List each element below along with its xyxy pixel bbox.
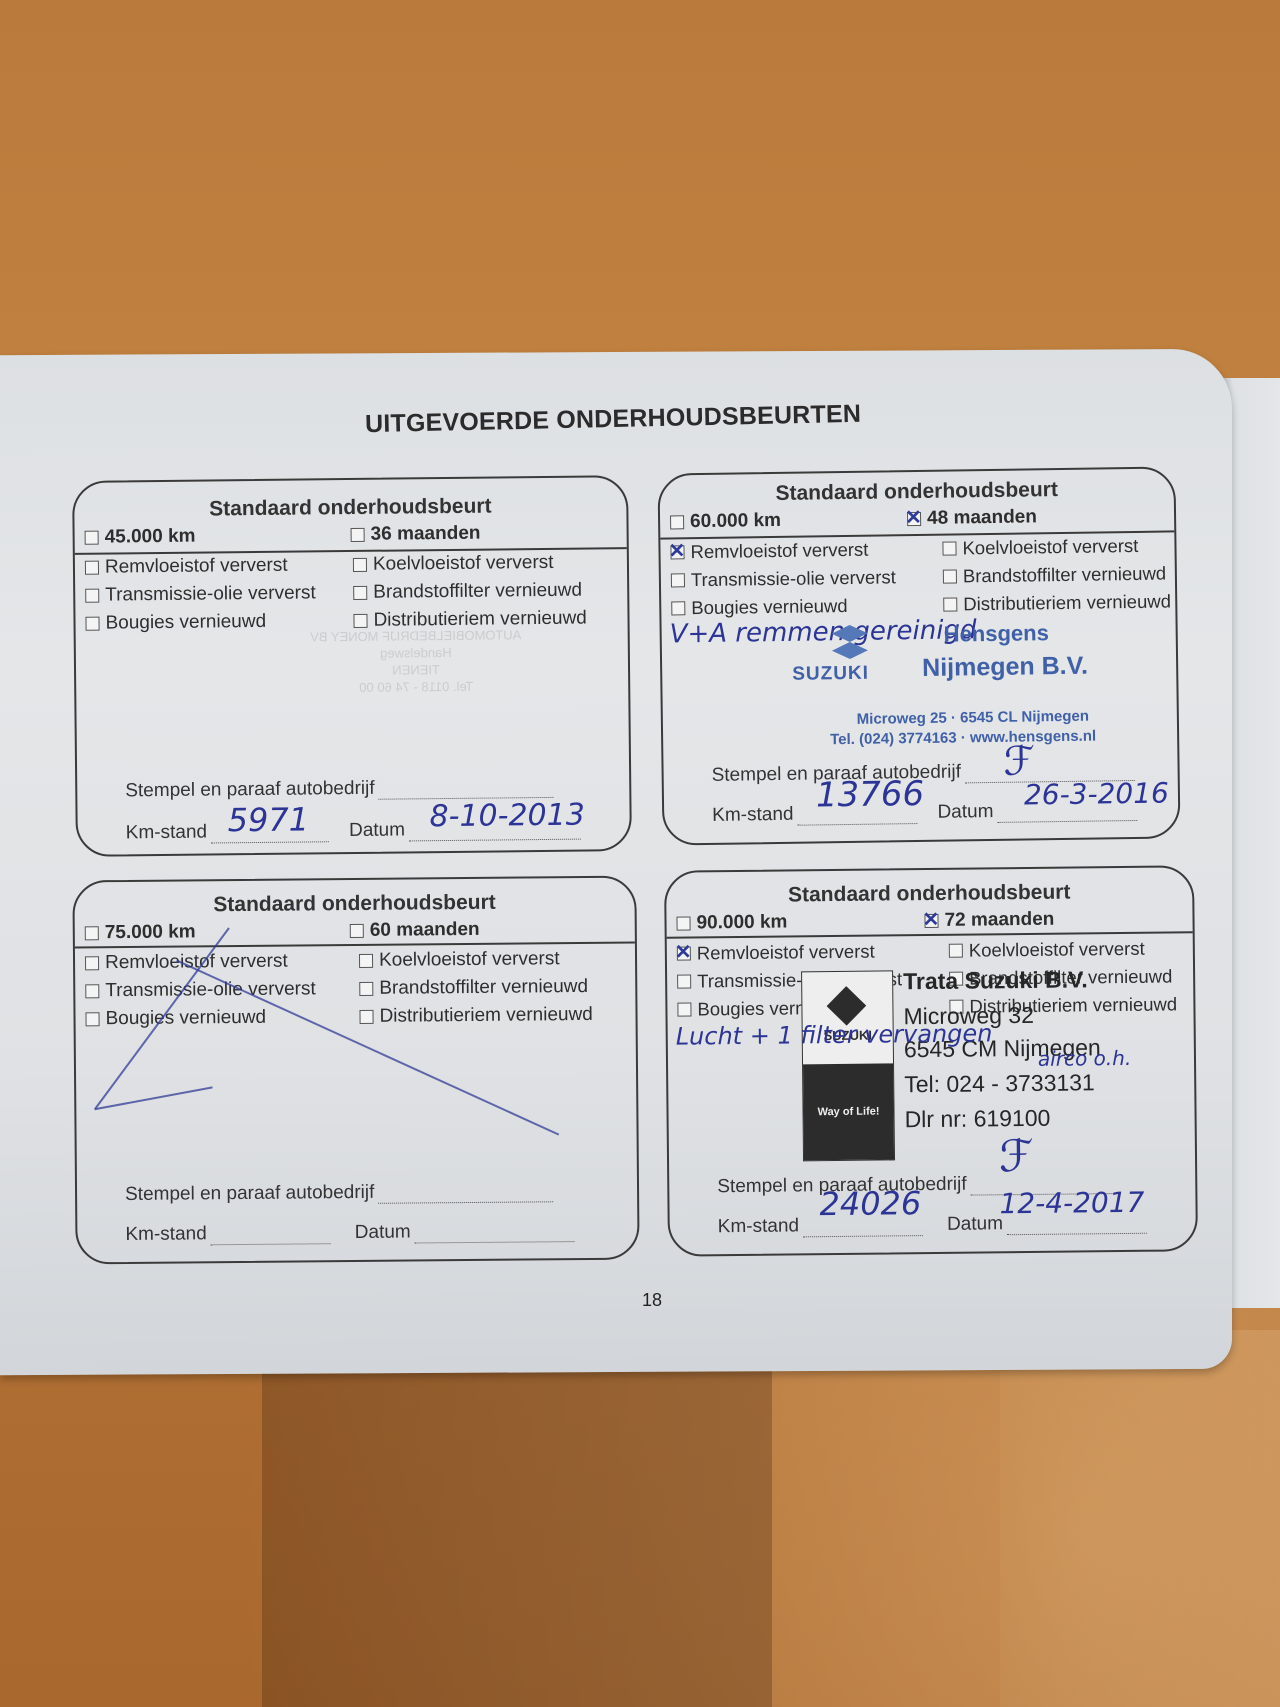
task-item: Koelvloeistof ververst <box>949 937 1187 961</box>
handwritten-note-2: airco o.h. <box>1038 1046 1132 1071</box>
task-checkbox[interactable] <box>677 975 691 989</box>
task-checkbox[interactable] <box>85 589 99 603</box>
km-interval-label: 60.000 km <box>690 510 781 533</box>
task-label: Koelvloeistof ververst <box>379 948 560 972</box>
month-interval-checkbox[interactable] <box>351 528 365 542</box>
task-checkbox[interactable] <box>943 569 957 583</box>
task-checkbox[interactable] <box>359 982 373 996</box>
handwritten-note: Lucht + 1 filter vervangen <box>676 1019 993 1050</box>
task-label: Brandstoffilter vernieuwd <box>379 976 588 1000</box>
km-value: 5971 <box>227 800 309 839</box>
task-checkbox[interactable] <box>85 617 99 631</box>
task-list: Remvloeistof ververstKoelvloeistof verve… <box>85 551 622 635</box>
task-label: Bougies vernieuwd <box>105 1007 266 1030</box>
table-shadow <box>262 1370 772 1707</box>
task-checkbox[interactable] <box>353 558 367 572</box>
km-value: 24026 <box>819 1184 921 1223</box>
task-item: Brandstoffilter vernieuwd <box>943 562 1171 587</box>
task-item: Transmissie-olie ververst <box>85 582 353 607</box>
service-card-4: Standaard onderhoudsbeurt 90.000 km 72 m… <box>664 865 1198 1257</box>
km-interval-label: 45.000 km <box>105 526 196 549</box>
task-checkbox[interactable] <box>670 545 684 559</box>
task-checkbox[interactable] <box>353 614 367 628</box>
km-interval-checkbox[interactable] <box>670 515 684 529</box>
task-label: Remvloeistof ververst <box>105 555 288 579</box>
sign-line: Stempel en paraaf autobedrijf <box>125 1180 553 1206</box>
task-label: Remvloeistof ververst <box>690 539 868 563</box>
slogan: Way of Life! <box>803 1063 894 1160</box>
task-item: Remvloeistof ververst <box>677 940 949 965</box>
signature: ℱ <box>999 1131 1034 1182</box>
task-checkbox[interactable] <box>85 1012 99 1026</box>
task-item: Distributieriem vernieuwd <box>943 590 1171 615</box>
task-item: Remvloeistof ververst <box>670 538 942 564</box>
service-card-1: Standaard onderhoudsbeurt 45.000 km 36 m… <box>72 475 632 857</box>
date-value: 12-4-2017 <box>999 1186 1144 1221</box>
task-item: Distributieriem vernieuwd <box>359 1004 629 1028</box>
handwritten-note: V+A remmen gereinigd <box>669 615 976 649</box>
signature-field[interactable] <box>378 1186 553 1204</box>
month-interval-label: 72 maanden <box>944 909 1054 932</box>
task-checkbox[interactable] <box>359 1010 373 1024</box>
signature: ℱ <box>1003 738 1035 784</box>
task-label: Transmissie-olie ververst <box>105 582 316 606</box>
km-interval-checkbox[interactable] <box>676 917 690 931</box>
km-interval-checkbox[interactable] <box>85 926 99 940</box>
km-interval-label: 90.000 km <box>696 911 787 934</box>
task-list: Remvloeistof ververstKoelvloeistof verve… <box>670 535 1169 620</box>
service-card-2: Standaard onderhoudsbeurt 60.000 km 48 m… <box>657 466 1180 845</box>
date-value: 26-3-2016 <box>1024 777 1169 812</box>
task-checkbox[interactable] <box>85 956 99 970</box>
cancel-cross-line <box>94 1086 212 1110</box>
task-item: Koelvloeistof ververst <box>942 534 1170 559</box>
card-title: Standaard onderhoudsbeurt <box>666 879 1192 909</box>
task-label: Brandstoffilter vernieuwd <box>373 580 582 604</box>
task-item: Brandstoffilter vernieuwd <box>353 579 621 604</box>
km-interval-label: 75.000 km <box>105 921 196 944</box>
date-field[interactable] <box>415 1226 575 1243</box>
date-field[interactable] <box>1007 1218 1147 1235</box>
task-label: Transmissie-olie ververst <box>105 978 316 1002</box>
task-checkbox[interactable] <box>677 947 691 961</box>
month-interval-label: 48 maanden <box>927 506 1037 530</box>
km-date-line: Km-stand Datum <box>125 1220 574 1246</box>
task-label: Koelvloeistof ververst <box>969 938 1145 962</box>
task-checkbox[interactable] <box>85 984 99 998</box>
page-number: 18 <box>642 1290 662 1311</box>
month-interval-checkbox[interactable] <box>907 512 921 526</box>
signature-field[interactable] <box>379 782 554 800</box>
month-interval-label: 60 maanden <box>370 919 480 942</box>
task-label: Remvloeistof ververst <box>697 941 875 965</box>
task-checkbox[interactable] <box>942 541 956 555</box>
km-value: 13766 <box>816 774 925 816</box>
km-field[interactable] <box>211 1228 331 1245</box>
card-title: Standaard onderhoudsbeurt <box>660 476 1174 507</box>
task-label: Brandstoffilter vernieuwd <box>963 563 1167 588</box>
task-checkbox[interactable] <box>943 597 957 611</box>
task-label: Transmissie-olie ververst <box>691 566 896 591</box>
task-item: Remvloeistof ververst <box>85 950 359 974</box>
task-item: Bougies vernieuwd <box>85 1006 359 1030</box>
date-value: 8-10-2013 <box>429 798 585 835</box>
month-interval-checkbox[interactable] <box>350 924 364 938</box>
month-interval-label: 36 maanden <box>371 523 481 546</box>
task-item: Remvloeistof ververst <box>85 554 353 579</box>
task-label: Bougies vernieuwd <box>105 611 266 635</box>
task-label: Koelvloeistof ververst <box>962 535 1138 559</box>
service-card-3: Standaard onderhoudsbeurt 75.000 km 60 m… <box>72 876 639 1265</box>
table-highlight <box>1000 1330 1280 1707</box>
task-label: Koelvloeistof ververst <box>373 552 554 576</box>
task-checkbox[interactable] <box>949 944 963 958</box>
faint-stamp: AUTOMOBIELBEDRIJF MONEY BVHandelswegTIEN… <box>276 626 557 697</box>
month-interval-checkbox[interactable] <box>924 914 938 928</box>
task-item: Transmissie-olie ververst <box>671 566 943 592</box>
task-checkbox[interactable] <box>359 954 373 968</box>
card-title: Standaard onderhoudsbeurt <box>74 493 626 523</box>
task-list: Remvloeistof ververstKoelvloeistof verve… <box>85 948 630 1031</box>
task-checkbox[interactable] <box>671 601 685 615</box>
task-item: Brandstoffilter vernieuwd <box>359 976 629 1000</box>
task-item: Koelvloeistof ververst <box>353 551 621 576</box>
km-interval-checkbox[interactable] <box>85 531 99 545</box>
card-title: Standaard onderhoudsbeurt <box>74 890 634 919</box>
task-item: Koelvloeistof ververst <box>359 948 629 972</box>
task-checkbox[interactable] <box>671 573 685 587</box>
task-label: Distributieriem vernieuwd <box>963 590 1171 615</box>
task-checkbox[interactable] <box>353 586 367 600</box>
task-checkbox[interactable] <box>85 561 99 575</box>
task-label: Bougies vernieuwd <box>691 595 848 619</box>
task-checkbox[interactable] <box>677 1003 691 1017</box>
dealer-stamp-logo: SUZUKI Way of Life! <box>801 970 895 1161</box>
task-label: Distributieriem vernieuwd <box>379 1004 592 1028</box>
